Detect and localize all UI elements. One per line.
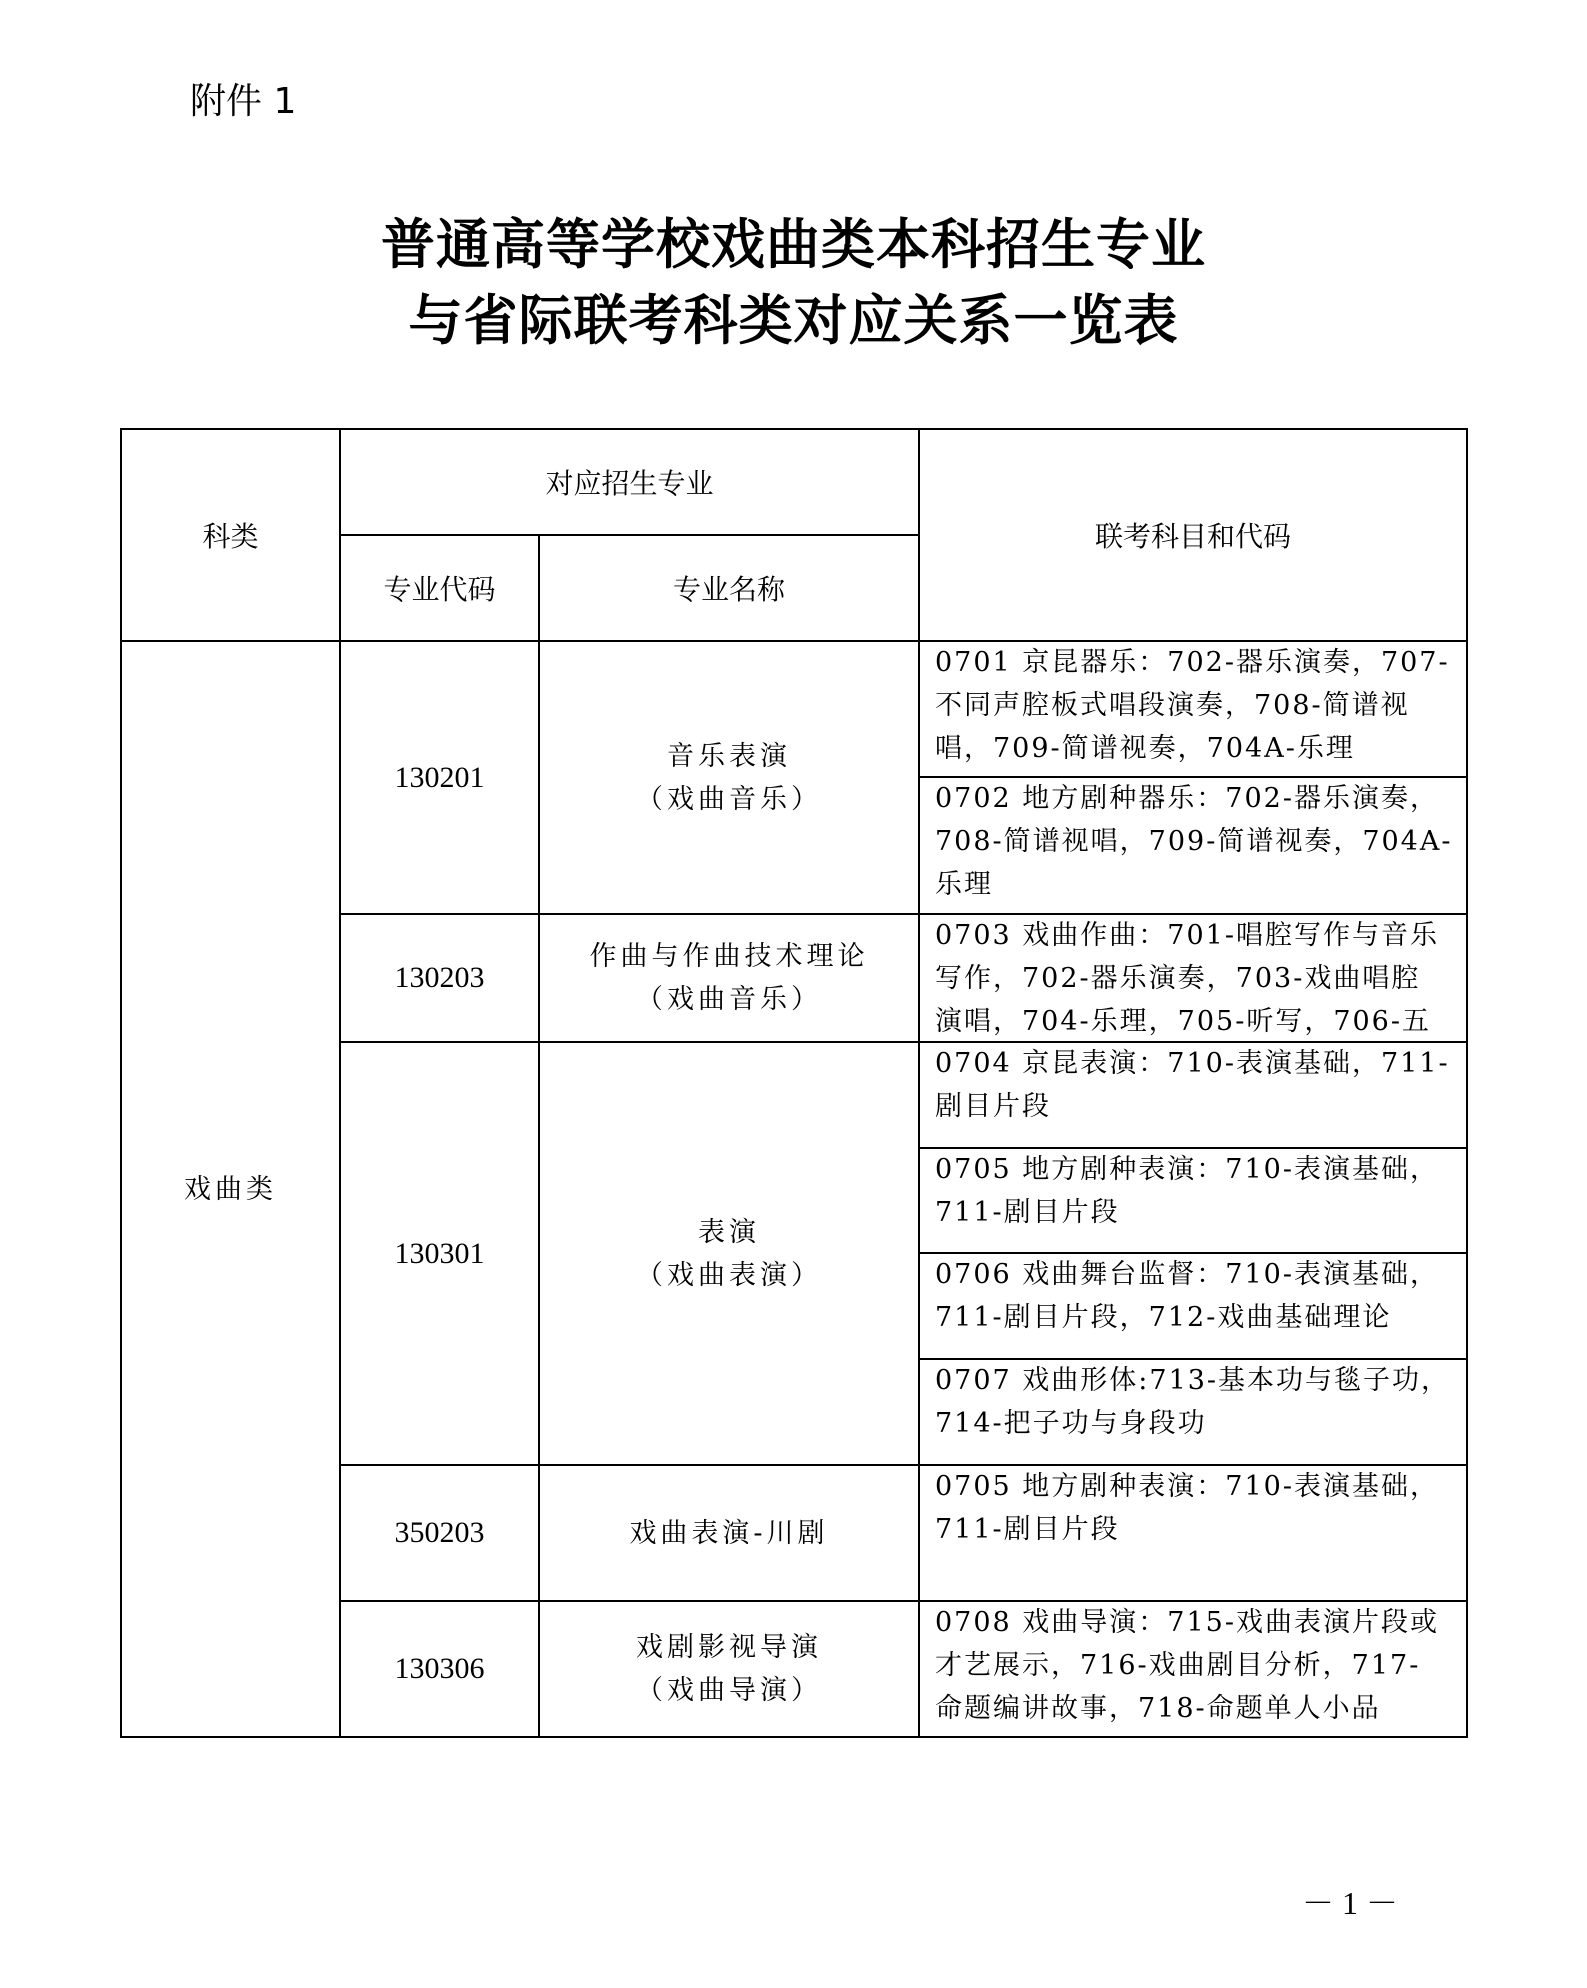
exam-subject-cell: 0702 地方剧种器乐：702-器乐演奏， 708-简谱视唱，709-简谱视奏，… xyxy=(919,777,1467,914)
major-name-cell: 作曲与作曲技术理论 （戏曲音乐） xyxy=(539,914,919,1042)
major-code-cell: 350203 xyxy=(340,1465,539,1601)
exam-subject-cell: 0705 地方剧种表演：710-表演基础， 711-剧目片段 xyxy=(919,1465,1467,1601)
subject-line: 0705 地方剧种表演：710-表演基础， xyxy=(935,1465,1439,1508)
exam-subject-cell: 0705 地方剧种表演：710-表演基础， 711-剧目片段 xyxy=(919,1148,1467,1253)
subject-line: 命题编讲故事，718-命题单人小品 xyxy=(935,1687,1381,1730)
subject-line: 不同声腔板式唱段演奏，708-简谱视 xyxy=(935,684,1410,727)
subject-line: 0705 地方剧种表演：710-表演基础， xyxy=(935,1148,1439,1191)
subject-line: 0706 戏曲舞台监督：710-表演基础， xyxy=(935,1253,1439,1296)
subject-line: 0708 戏曲导演：715-戏曲表演片段或 xyxy=(935,1601,1439,1644)
subject-line: 0702 地方剧种器乐：702-器乐演奏， xyxy=(935,777,1439,820)
category-cell: 戏曲类 xyxy=(121,641,340,1737)
subject-line: 唱，709-简谱视奏，704A-乐理 xyxy=(935,727,1355,770)
major-name: 音乐表演 xyxy=(667,735,791,778)
attachment-label: 附件 1 xyxy=(190,80,296,124)
major-code-cell: 130306 xyxy=(340,1601,539,1737)
header-major-name: 专业名称 xyxy=(539,535,919,641)
major-direction: （戏曲表演） xyxy=(636,1254,822,1297)
subject-line: 乐理 xyxy=(935,863,993,906)
major-name-cell: 戏曲表演-川剧 xyxy=(539,1465,919,1601)
subject-line: 711-剧目片段，712-戏曲基础理论 xyxy=(935,1296,1391,1339)
subject-line: 0703 戏曲作曲：701-唱腔写作与音乐 xyxy=(935,914,1439,957)
page-title-line1: 普通高等学校戏曲类本科招生专业 xyxy=(0,206,1587,282)
subject-line: 714-把子功与身段功 xyxy=(935,1402,1207,1445)
major-code-cell: 130203 xyxy=(340,914,539,1042)
major-name: 戏曲表演-川剧 xyxy=(629,1512,828,1555)
exam-subject-cell: 0701 京昆器乐：702-器乐演奏，707- 不同声腔板式唱段演奏，708-简… xyxy=(919,641,1467,777)
subject-line: 0707 戏曲形体:713-基本功与毯子功， xyxy=(935,1359,1450,1402)
header-category: 科类 xyxy=(121,429,340,641)
subject-line: 708-简谱视唱，709-简谱视奏，704A- xyxy=(935,820,1452,863)
exam-subject-cell: 0704 京昆表演：710-表演基础，711- 剧目片段 xyxy=(919,1042,1467,1148)
page-title-line2: 与省际联考科类对应关系一览表 xyxy=(0,282,1587,358)
subject-line: 0704 京昆表演：710-表演基础，711- xyxy=(935,1042,1450,1085)
page-number: － 1 － xyxy=(1300,1878,1400,1924)
major-name: 戏剧影视导演 xyxy=(636,1626,822,1669)
major-name: 表演 xyxy=(698,1211,760,1254)
subject-line: 才艺展示，716-戏曲剧目分析，717- xyxy=(935,1644,1420,1687)
exam-subject-cell: 0706 戏曲舞台监督：710-表演基础， 711-剧目片段，712-戏曲基础理… xyxy=(919,1253,1467,1359)
major-direction: （戏曲导演） xyxy=(636,1669,822,1712)
major-code-cell: 130301 xyxy=(340,1042,539,1465)
major-direction: （戏曲音乐） xyxy=(636,778,822,821)
exam-subject-cell: 0703 戏曲作曲：701-唱腔写作与音乐 写作，702-器乐演奏，703-戏曲… xyxy=(919,914,1467,1042)
major-name-cell: 音乐表演 （戏曲音乐） xyxy=(539,641,919,914)
header-major-code: 专业代码 xyxy=(340,535,539,641)
major-name-cell: 戏剧影视导演 （戏曲导演） xyxy=(539,1601,919,1737)
exam-subject-cell: 0708 戏曲导演：715-戏曲表演片段或 才艺展示，716-戏曲剧目分析，71… xyxy=(919,1601,1467,1737)
major-code-cell: 130201 xyxy=(340,641,539,914)
subject-line: 711-剧目片段 xyxy=(935,1508,1120,1551)
subject-line: 写作，702-器乐演奏，703-戏曲唱腔 xyxy=(935,957,1420,1000)
subject-line: 演唱，704-乐理，705-听写，706-五 xyxy=(935,1000,1431,1042)
major-name: 作曲与作曲技术理论 xyxy=(590,935,869,978)
exam-subject-cell: 0707 戏曲形体:713-基本功与毯子功， 714-把子功与身段功 xyxy=(919,1359,1467,1465)
subject-line: 0701 京昆器乐：702-器乐演奏，707- xyxy=(935,641,1450,684)
major-direction: （戏曲音乐） xyxy=(636,978,822,1021)
major-name-cell: 表演 （戏曲表演） xyxy=(539,1042,919,1465)
subject-line: 711-剧目片段 xyxy=(935,1191,1120,1234)
header-exam-subjects: 联考科目和代码 xyxy=(919,429,1467,641)
header-major-group: 对应招生专业 xyxy=(340,429,919,535)
subject-line: 剧目片段 xyxy=(935,1085,1051,1128)
